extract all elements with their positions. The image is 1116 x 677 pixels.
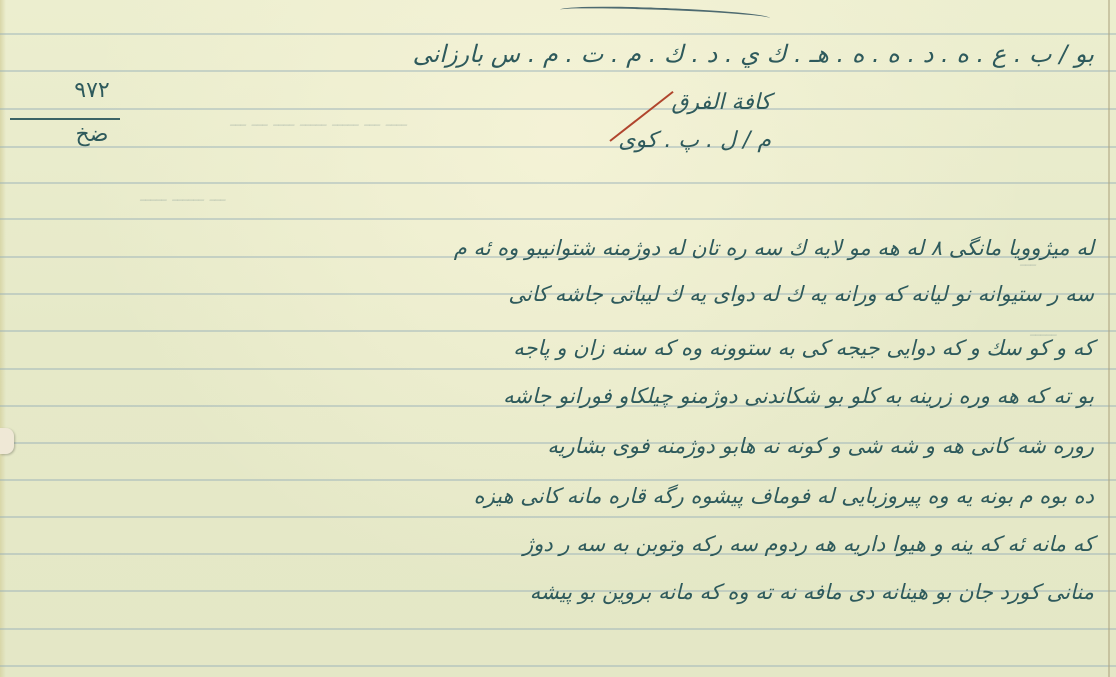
- ruled-line: [0, 182, 1116, 184]
- notebook-page: ــــ ـــ ـــــ ـــــ ــــ ـــ ـــ ـــ ــ…: [0, 0, 1116, 677]
- body-line: روره شه كانی هه و شه شی و كونه نه هابو د…: [547, 434, 1094, 458]
- body-line: سه ر ستیوانه نو لیانه كه ورانه یه ك له د…: [508, 282, 1094, 306]
- ruled-line: [0, 33, 1116, 35]
- ruled-line: [0, 146, 1116, 148]
- ruled-line: [0, 479, 1116, 481]
- body-line: كه مانه ئه كه ینه و هیوا داریه هه ردوم س…: [523, 532, 1094, 556]
- page-binding-edge: [0, 0, 6, 677]
- reference-code: ضخ: [52, 122, 132, 147]
- bleed-through-text: ـــ ــــــ ـــــ: [140, 185, 225, 206]
- ruled-line: [0, 108, 1116, 110]
- ruled-line: [0, 330, 1116, 332]
- body-line: بو ته كه هه وره زرینه به كلو بو شكاندنی …: [503, 384, 1094, 408]
- tape-fragment: [0, 428, 14, 454]
- margin-line: [1108, 0, 1110, 677]
- body-line: ده بوه م بونه یه وه پیروزبایی له فوماف پ…: [474, 484, 1094, 508]
- header-recipient: كافة الفرق: [671, 90, 771, 115]
- reference-divider: [10, 118, 120, 120]
- ruled-line: [0, 218, 1116, 220]
- pen-stroke: [560, 4, 770, 23]
- ruled-line: [0, 628, 1116, 630]
- ruled-line: [0, 516, 1116, 518]
- body-line: كه و كو سك و كه دوایی جیجه كی به ستوونه …: [513, 336, 1094, 360]
- reference-number: ٩٧٢: [52, 78, 132, 103]
- body-line: منانی كورد جان بو هینانه دی مافه نه ته و…: [530, 580, 1094, 604]
- ruled-line: [0, 368, 1116, 370]
- body-line: له میژوویا مانگی ٨ له هه مو لایه ك سه ره…: [454, 236, 1094, 260]
- ruled-line: [0, 70, 1116, 72]
- header-subject: م / ل . پ . كوی: [618, 128, 771, 153]
- bleed-through-text: ــــ ـــ ـــــ ـــــ ــــ ـــ ـــ: [230, 110, 407, 131]
- ruled-line: [0, 665, 1116, 667]
- header-abbreviations: بو / ب . ع . ه . د . ه . ه . هـ . ك ي . …: [413, 40, 1094, 68]
